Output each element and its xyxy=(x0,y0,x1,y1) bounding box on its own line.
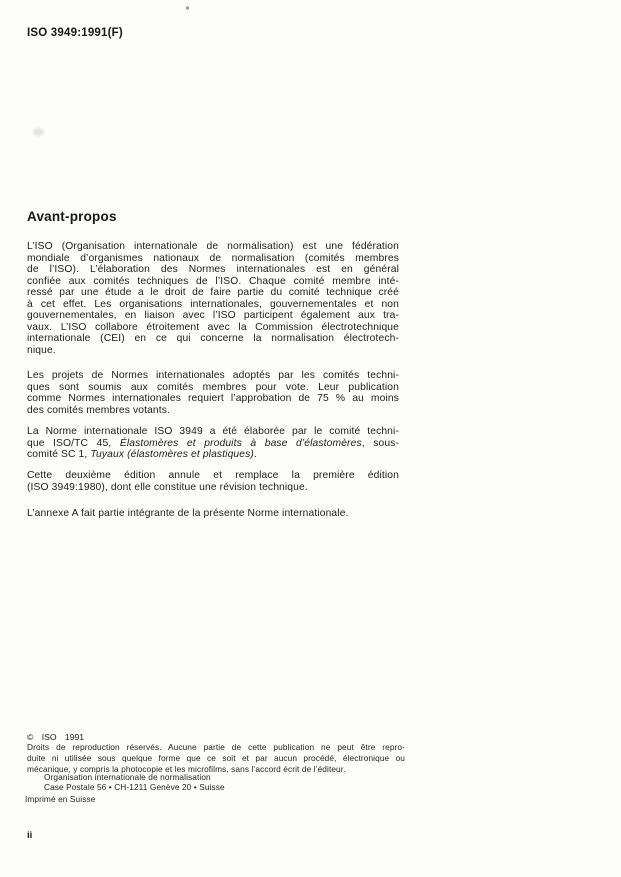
text-line: ques sont soumis aux comités membres pou… xyxy=(27,382,399,394)
text-line: Cette deuxième édition annule et remplac… xyxy=(27,470,399,482)
text-line: de l’ISO). L’élaboration des Normes inte… xyxy=(27,264,399,276)
text-line: des comités membres votants. xyxy=(27,405,399,417)
foreword-title: Avant-propos xyxy=(27,209,117,224)
text-line: nique. xyxy=(27,345,399,357)
text-segment: . xyxy=(254,449,257,460)
text-line: L’ISO (Organisation internationale de no… xyxy=(27,241,399,253)
text-line: comité SC 1, Tuyaux (élastomères et plas… xyxy=(27,449,399,461)
foreword-paragraph-1: L’ISO (Organisation internationale de no… xyxy=(27,241,399,356)
foreword-paragraph-4: Cette deuxième édition annule et remplac… xyxy=(27,470,399,493)
text-line: confiée aux comités techniques de l’ISO.… xyxy=(27,276,399,288)
standard-title-italic: Élastomères et produits à base d’élastom… xyxy=(120,438,362,449)
text-line: mondiale d’organismes nationaux de norma… xyxy=(27,253,399,265)
text-line: Droits de reproduction réservés. Aucune … xyxy=(27,742,405,753)
publisher-postal: Case Postale 56 • CH-1211 Genève 20 • Su… xyxy=(44,783,225,793)
standard-title-italic: Tuyaux (élastomères et plastiques) xyxy=(90,449,254,460)
text-line: Les projets de Normes internationales ad… xyxy=(27,370,399,382)
text-line: gouvernementales, en liaison avec l’ISO … xyxy=(27,310,399,322)
page-number: ii xyxy=(27,830,32,841)
printed-in-note: Imprimé en Suisse xyxy=(25,794,95,804)
text-segment: comité SC 1, xyxy=(27,449,90,460)
scan-speck xyxy=(186,6,189,10)
text-line: que ISO/TC 45, Élastomères et produits à… xyxy=(27,438,399,450)
text-line: L’annexe A fait partie intégrante de la … xyxy=(27,508,399,520)
text-segment: , sous- xyxy=(362,438,399,449)
text-line: comme Normes internationales requiert l’… xyxy=(27,393,399,405)
foreword-paragraph-2: Les projets de Normes internationales ad… xyxy=(27,370,399,416)
scan-smudge xyxy=(33,128,44,136)
text-line: ressé par une étude a le droit de faire … xyxy=(27,287,399,299)
publisher-address: Organisation internationale de normalisa… xyxy=(44,773,225,792)
rights-notice: Droits de reproduction réservés. Aucune … xyxy=(27,742,405,775)
foreword-paragraph-3: La Norme internationale ISO 3949 a été é… xyxy=(27,426,399,461)
text-line: vaux. L’ISO collabore étroitement avec l… xyxy=(27,322,399,334)
text-line: à cet effet. Les organisations internati… xyxy=(27,299,399,311)
text-line: internationale (CEI) en ce qui concerne … xyxy=(27,333,399,345)
text-line: (ISO 3949:1980), dont elle constitue une… xyxy=(27,482,399,494)
foreword-paragraph-5: L’annexe A fait partie intégrante de la … xyxy=(27,508,399,520)
document-reference: ISO 3949:1991(F) xyxy=(27,27,123,39)
text-line: La Norme internationale ISO 3949 a été é… xyxy=(27,426,399,438)
copyright-notice: © ISO 1991 xyxy=(27,732,84,742)
text-line: duite ni utilisée sous quelque forme que… xyxy=(27,753,405,764)
document-page: ISO 3949:1991(F) Avant-propos L’ISO (Org… xyxy=(0,0,621,877)
text-segment: que ISO/TC 45, xyxy=(27,438,120,449)
